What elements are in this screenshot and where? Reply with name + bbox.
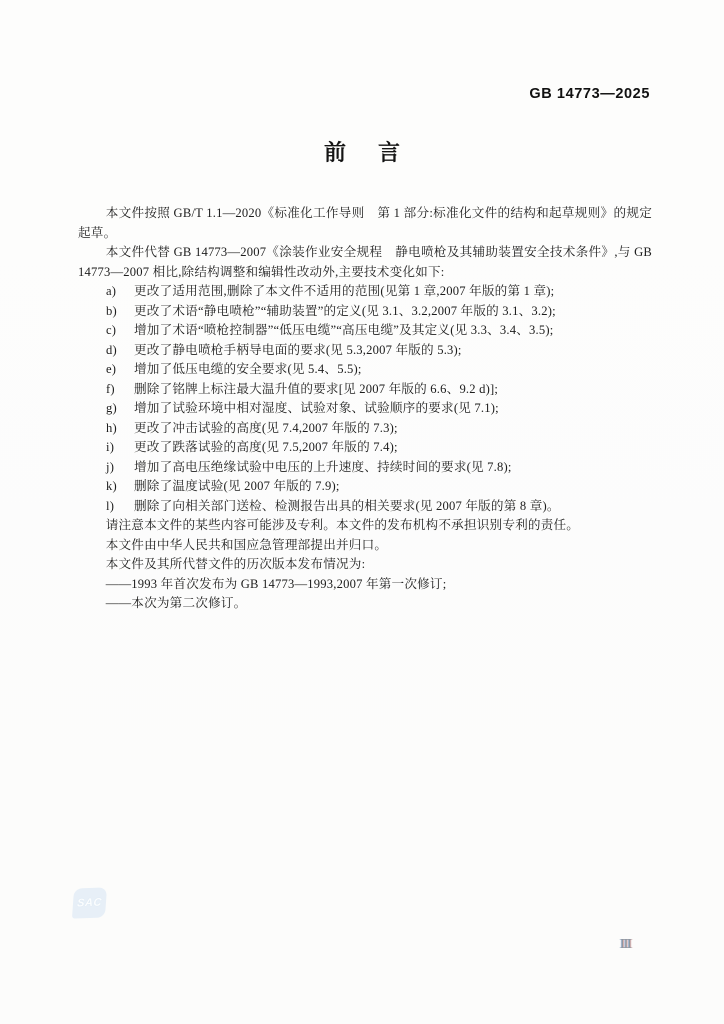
- change-item-j: j) 增加了高电压绝缘试验中电压的上升速度、持续时间的要求(见 7.8);: [106, 458, 652, 478]
- change-item-text: 更改了术语“静电喷枪”“辅助装置”的定义(见 3.1、3.2,2007 年版的 …: [134, 302, 652, 322]
- change-item-text: 删除了温度试验(见 2007 年版的 7.9);: [134, 477, 652, 497]
- page-title: 前 言: [0, 141, 724, 165]
- change-item-text: 更改了静电喷枪手柄导电面的要求(见 5.3,2007 年版的 5.3);: [134, 341, 652, 361]
- history-intro-paragraph: 本文件及其所代替文件的历次版本发布情况为:: [78, 555, 652, 575]
- change-item-label: c): [106, 321, 134, 341]
- intro-paragraph-replacement: 本文件代替 GB 14773—2007《涂装作业安全规程 静电喷枪及其辅助装置安…: [78, 243, 652, 282]
- change-item-i: i) 更改了跌落试验的高度(见 7.5,2007 年版的 7.4);: [106, 438, 652, 458]
- change-item-text: 更改了跌落试验的高度(见 7.5,2007 年版的 7.4);: [134, 438, 652, 458]
- change-item-label: b): [106, 302, 134, 322]
- change-item-e: e) 增加了低压电缆的安全要求(见 5.4、5.5);: [106, 360, 652, 380]
- history-item-second-revision: ——本次为第二次修订。: [78, 594, 652, 614]
- change-item-label: f): [106, 380, 134, 400]
- change-item-d: d) 更改了静电喷枪手柄导电面的要求(见 5.3,2007 年版的 5.3);: [106, 341, 652, 361]
- change-item-text: 增加了试验环境中相对湿度、试验对象、试验顺序的要求(见 7.1);: [134, 399, 652, 419]
- sac-watermark-logo: SAC: [72, 887, 107, 918]
- change-item-label: l): [106, 497, 134, 517]
- change-item-text: 删除了铭牌上标注最大温升值的要求[见 2007 年版的 6.6、9.2 d)];: [134, 380, 652, 400]
- change-item-h: h) 更改了冲击试验的高度(见 7.4,2007 年版的 7.3);: [106, 419, 652, 439]
- change-item-f: f) 删除了铭牌上标注最大温升值的要求[见 2007 年版的 6.6、9.2 d…: [106, 380, 652, 400]
- change-item-label: d): [106, 341, 134, 361]
- page-number: Ⅲ: [620, 938, 632, 951]
- change-item-label: h): [106, 419, 134, 439]
- standard-code: GB 14773—2025: [529, 86, 650, 102]
- technical-changes-list: a) 更改了适用范围,删除了本文件不适用的范围(见第 1 章,2007 年版的第…: [78, 282, 652, 516]
- change-item-label: g): [106, 399, 134, 419]
- change-item-text: 增加了低压电缆的安全要求(见 5.4、5.5);: [134, 360, 652, 380]
- change-item-text: 增加了术语“喷枪控制器”“低压电缆”“高压电缆”及其定义(见 3.3、3.4、3…: [134, 321, 652, 341]
- change-item-text: 更改了冲击试验的高度(见 7.4,2007 年版的 7.3);: [134, 419, 652, 439]
- issuing-body-paragraph: 本文件由中华人民共和国应急管理部提出并归口。: [78, 536, 652, 556]
- change-item-b: b) 更改了术语“静电喷枪”“辅助装置”的定义(见 3.1、3.2,2007 年…: [106, 302, 652, 322]
- change-item-text: 增加了高电压绝缘试验中电压的上升速度、持续时间的要求(见 7.8);: [134, 458, 652, 478]
- history-item-first-edition: ——1993 年首次发布为 GB 14773—1993,2007 年第一次修订;: [78, 575, 652, 595]
- change-item-k: k) 删除了温度试验(见 2007 年版的 7.9);: [106, 477, 652, 497]
- foreword-body: 本文件按照 GB/T 1.1—2020《标准化工作导则 第 1 部分:标准化文件…: [78, 204, 652, 614]
- change-item-label: i): [106, 438, 134, 458]
- sac-watermark-label: SAC: [77, 897, 103, 910]
- patent-notice-paragraph: 请注意本文件的某些内容可能涉及专利。本文件的发布机构不承担识别专利的责任。: [78, 516, 652, 536]
- change-item-label: a): [106, 282, 134, 302]
- change-item-a: a) 更改了适用范围,删除了本文件不适用的范围(见第 1 章,2007 年版的第…: [106, 282, 652, 302]
- change-item-label: e): [106, 360, 134, 380]
- change-item-l: l) 删除了向相关部门送检、检测报告出具的相关要求(见 2007 年版的第 8 …: [106, 497, 652, 517]
- scanned-standard-page: GB 14773—2025 前 言 本文件按照 GB/T 1.1—2020《标准…: [0, 0, 724, 1024]
- change-item-label: j): [106, 458, 134, 478]
- intro-paragraph-drafting-rules: 本文件按照 GB/T 1.1—2020《标准化工作导则 第 1 部分:标准化文件…: [78, 204, 652, 243]
- change-item-c: c) 增加了术语“喷枪控制器”“低压电缆”“高压电缆”及其定义(见 3.3、3.…: [106, 321, 652, 341]
- change-item-text: 删除了向相关部门送检、检测报告出具的相关要求(见 2007 年版的第 8 章)。: [134, 497, 652, 517]
- change-item-label: k): [106, 477, 134, 497]
- change-item-text: 更改了适用范围,删除了本文件不适用的范围(见第 1 章,2007 年版的第 1 …: [134, 282, 652, 302]
- change-item-g: g) 增加了试验环境中相对湿度、试验对象、试验顺序的要求(见 7.1);: [106, 399, 652, 419]
